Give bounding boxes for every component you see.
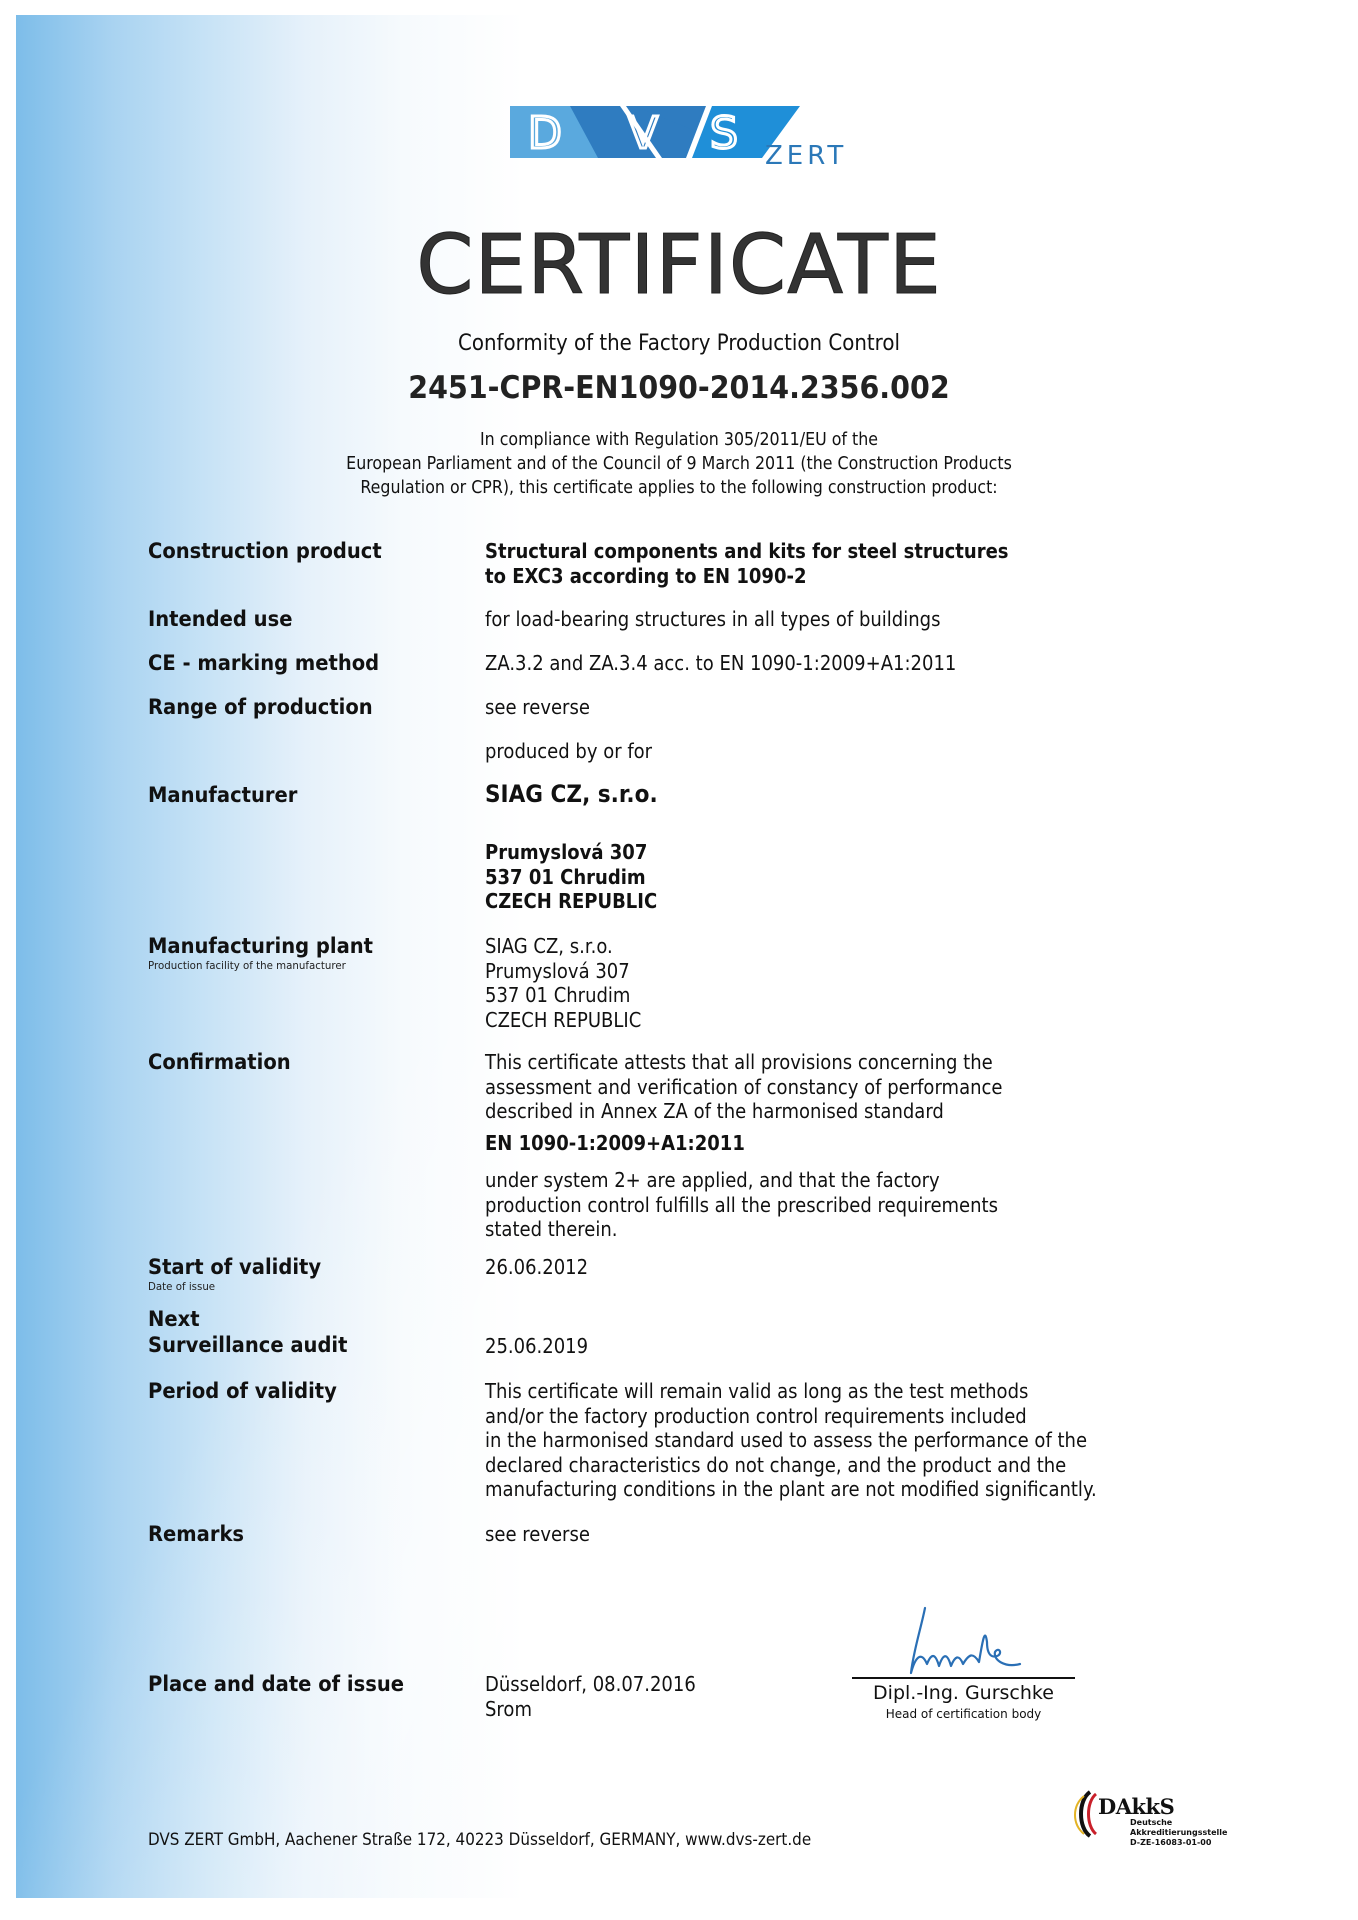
label-place-and-date: Place and date of issue: [148, 1671, 404, 1697]
label-confirmation: Confirmation: [148, 1049, 291, 1075]
certificate-title: CERTIFICATE: [0, 218, 1358, 313]
value-ce-marking: ZA.3.2 and ZA.3.4 acc. to EN 1090-1:2009…: [485, 651, 956, 676]
label-intended-use: Intended use: [148, 606, 292, 632]
value-remarks: see reverse: [485, 1522, 590, 1547]
value-intended-use: for load-bearing structures in all types…: [485, 607, 940, 632]
svg-text:V: V: [628, 108, 658, 159]
label-ce-marking: CE - marking method: [148, 650, 379, 676]
value-range-of-production: see reverse: [485, 695, 590, 720]
value-place-and-date: Düsseldorf, 08.07.2016 Srom: [485, 1672, 696, 1721]
dakks-details: Deutsche Akkreditierungsstelle D-ZE-1608…: [1130, 1818, 1227, 1848]
value-manufacturer-address: Prumyslová 307 537 01 Chrudim CZECH REPU…: [485, 840, 657, 914]
signature-icon: [895, 1598, 1070, 1680]
produced-by-text: produced by or for: [485, 739, 652, 764]
value-next-surveillance-audit: 25.06.2019: [485, 1334, 588, 1359]
svg-text:D: D: [528, 108, 562, 159]
label-manufacturing-plant: Manufacturing plant Production facility …: [148, 933, 373, 972]
svg-text:S: S: [710, 108, 738, 159]
certificate-subtitle: Conformity of the Factory Production Con…: [68, 331, 1290, 356]
dvs-zert-logo: D V S ZERT: [510, 100, 870, 190]
signer-role: Head of certification body: [852, 1707, 1075, 1721]
value-period-of-validity: This certificate will remain valid as lo…: [485, 1379, 1097, 1502]
signature-line: [852, 1677, 1075, 1679]
value-confirmation-standard: EN 1090-1:2009+A1:2011: [485, 1131, 745, 1156]
sublabel-production-facility: Production facility of the manufacturer: [148, 959, 373, 972]
label-period-of-validity: Period of validity: [148, 1378, 337, 1404]
label-construction-product: Construction product: [148, 538, 382, 564]
value-manufacturer-name: SIAG CZ, s.r.o.: [485, 782, 658, 807]
value-manufacturing-plant: SIAG CZ, s.r.o. Prumyslová 307 537 01 Ch…: [485, 934, 641, 1032]
signer-name: Dipl.-Ing. Gurschke: [852, 1682, 1075, 1704]
footer-address: DVS ZERT GmbH, Aachener Straße 172, 4022…: [148, 1830, 811, 1849]
value-confirmation-part1: This certificate attests that all provis…: [485, 1050, 1002, 1124]
value-construction-product: Structural components and kits for steel…: [485, 539, 1009, 588]
sublabel-date-of-issue: Date of issue: [148, 1280, 321, 1293]
dakks-arc-icon: [1068, 1788, 1100, 1840]
label-start-of-validity: Start of validity Date of issue: [148, 1254, 321, 1293]
intro-text: In compliance with Regulation 305/2011/E…: [81, 428, 1276, 500]
label-remarks: Remarks: [148, 1521, 244, 1547]
label-range-of-production: Range of production: [148, 694, 373, 720]
certificate-number: 2451-CPR-EN1090-2014.2356.002: [54, 370, 1303, 406]
svg-text:ZERT: ZERT: [765, 141, 847, 171]
dakks-logo-text: DAkkS: [1098, 1794, 1174, 1819]
value-start-of-validity: 26.06.2012: [485, 1255, 588, 1280]
value-confirmation-part2: under system 2+ are applied, and that th…: [485, 1168, 998, 1242]
label-next-surveillance-audit: Next Surveillance audit: [148, 1306, 347, 1358]
label-manufacturer: Manufacturer: [148, 782, 297, 808]
